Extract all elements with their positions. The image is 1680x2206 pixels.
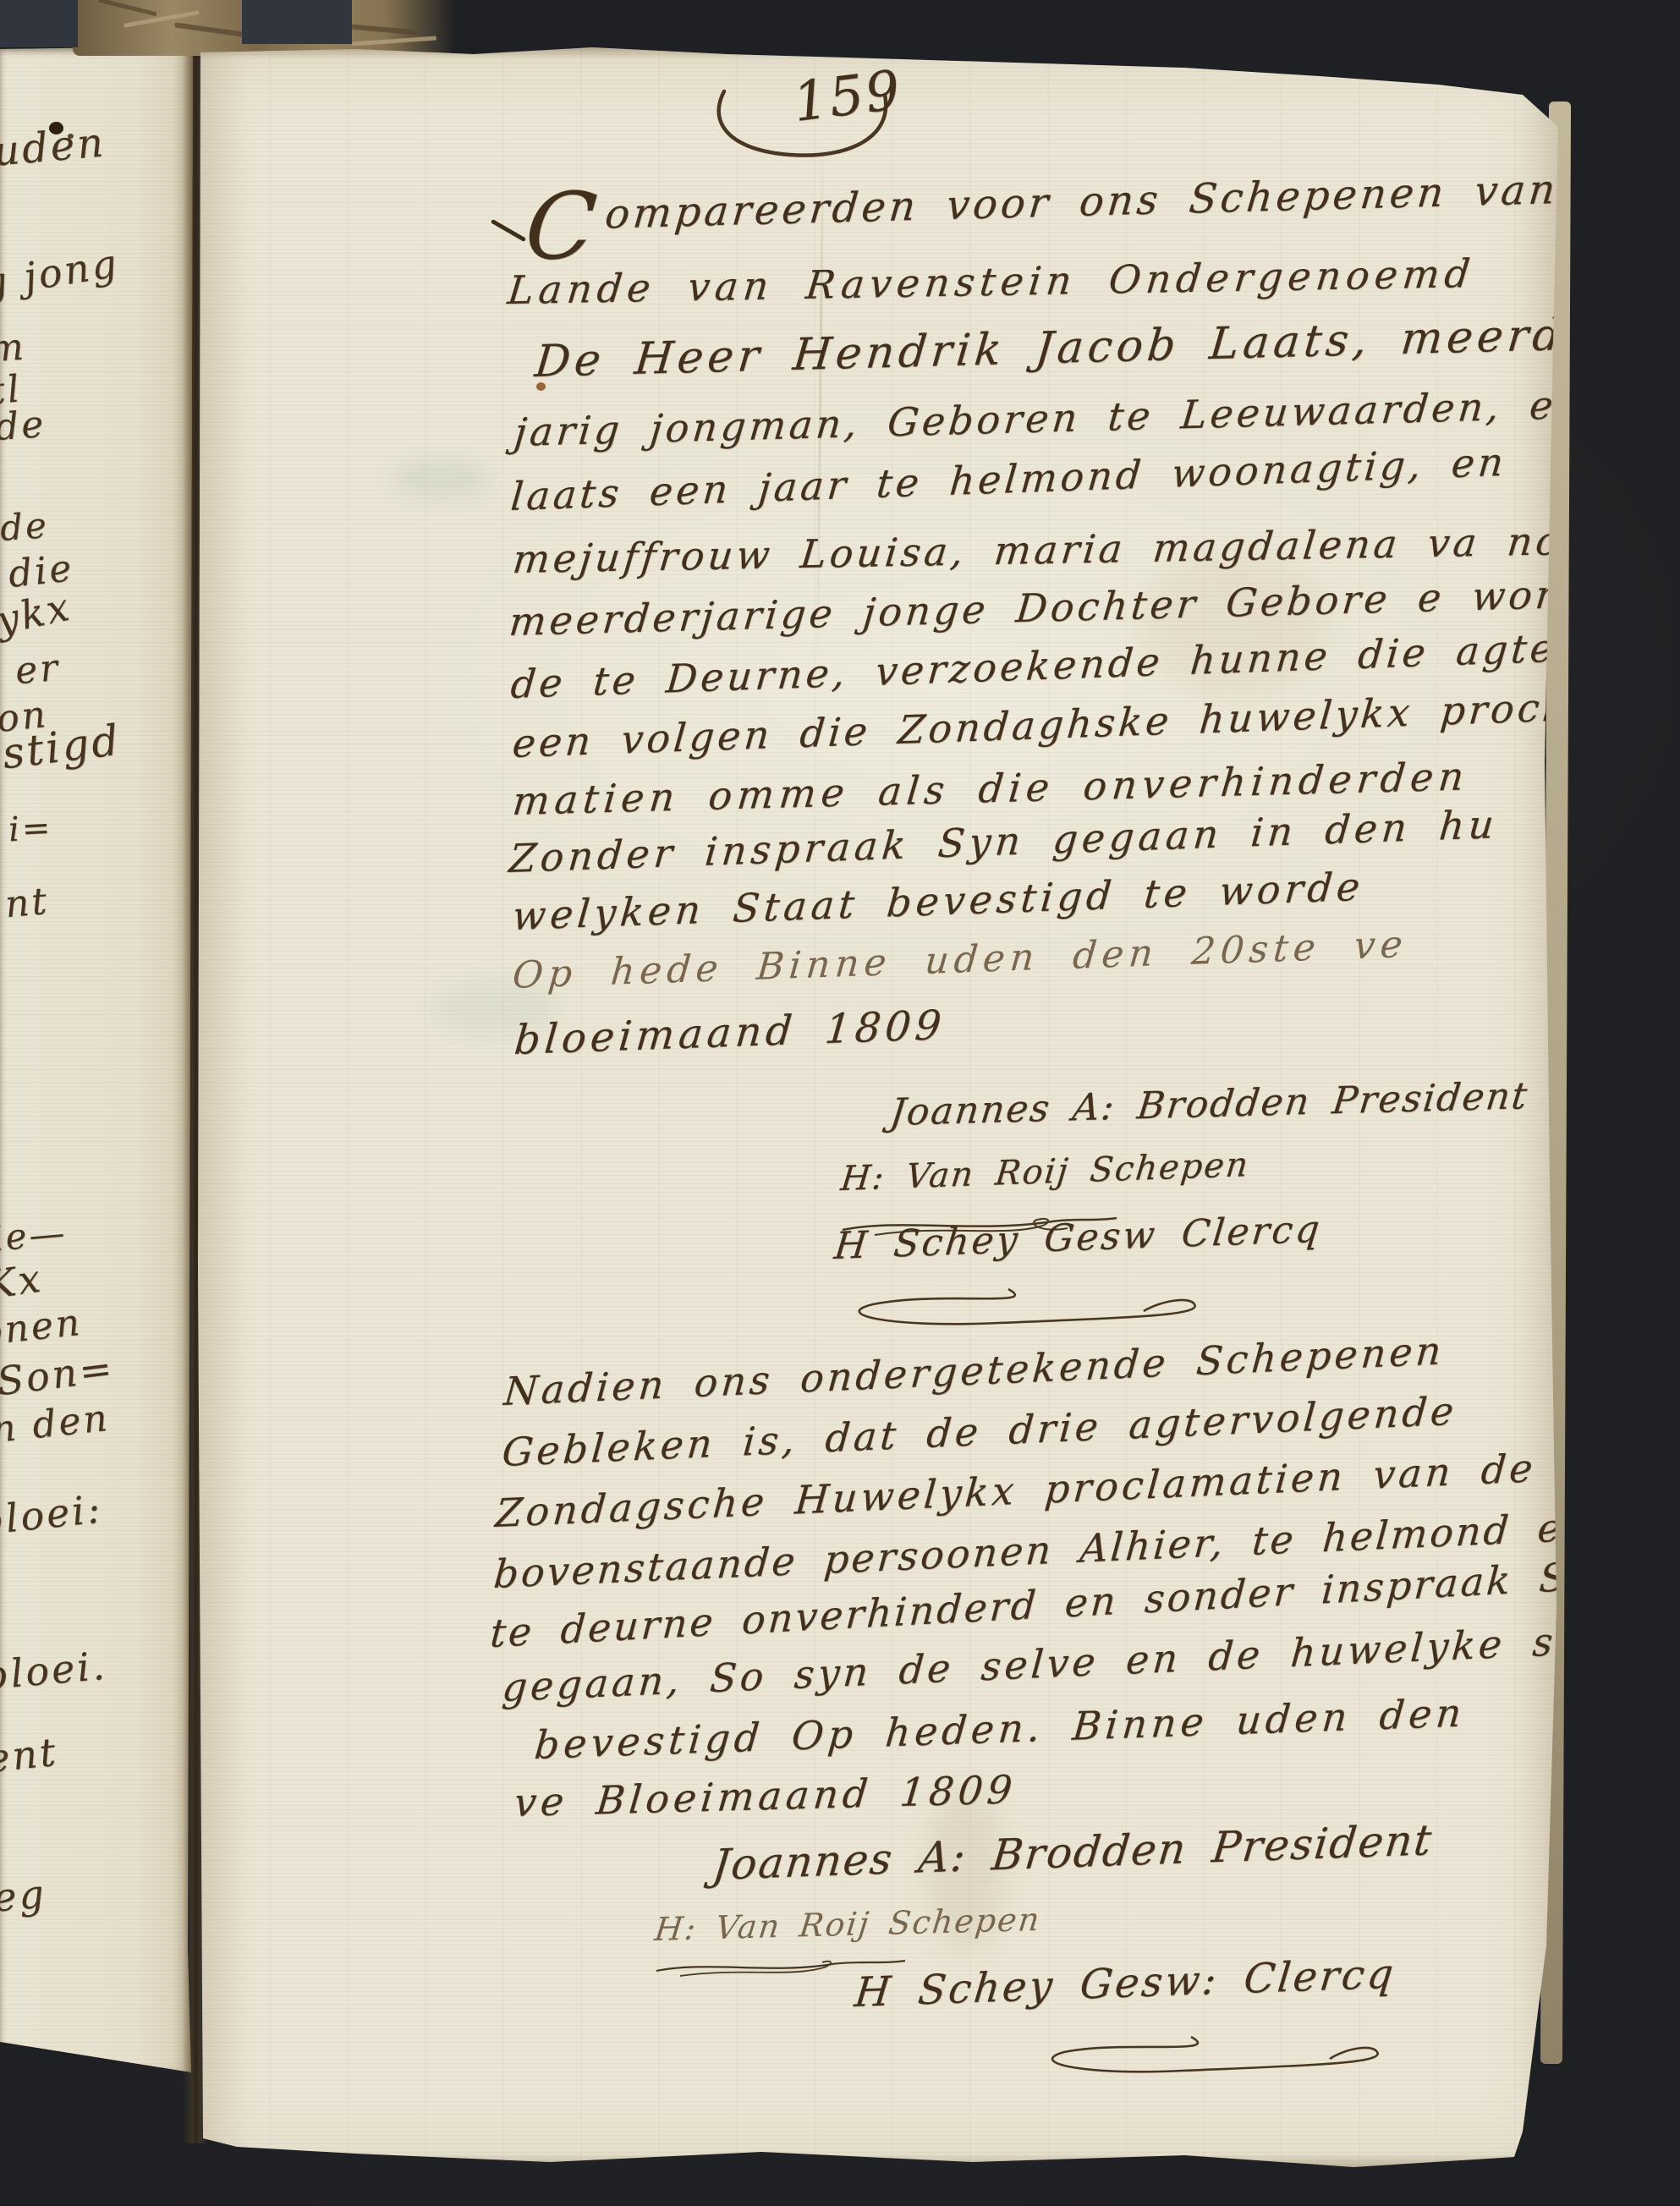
paragraph1-line: laats een jaar te helmond woonagtig, en [509,442,1508,516]
margin-fragment: nt [3,883,51,924]
binding-thread [98,0,156,16]
margin-fragment: estigd [0,719,124,779]
margin-fragment: g jong [0,244,122,304]
manuscript-scan: uden g jong m tl de de die lykx er on es… [0,0,1680,2206]
margin-fragment: i= [8,811,53,848]
margin-fragment: Kx [0,1259,45,1305]
margin-fragment: ie— [0,1215,69,1257]
margin-fragment: onen [0,1304,84,1352]
margin-fragment: er [14,650,62,690]
binding-thread [352,36,436,47]
signature-flourish [839,1282,1211,1333]
paragraph1-line: Op hede Binne uden den 20ste ve [511,926,1409,995]
paragraph1-line: welyken Staat bevestigd te worde [511,867,1365,936]
signature-clercq: H Schey Gesw: Clercq [853,1953,1397,2013]
margin-fragment: de [0,508,50,546]
signature-president: Joannes A: Brodden President [711,1819,1435,1886]
margin-fragment: Son= [0,1348,117,1402]
marginal-dash [491,219,526,242]
paragraph2-line: bevestigd Op heden. Binne uden den [533,1693,1467,1764]
signature-schepen: H: Van Roij Schepen [653,1903,1042,1945]
paragraph1-line: Lande van Ravenstein Ondergenoemd [506,254,1477,310]
signature-schepen: H: Van Roij Schepen [839,1148,1251,1196]
margin-fragment: bloei. [0,1646,108,1696]
paragraph1-line: mejuffrouw Louisa, maria magdalena va no… [511,520,1642,579]
paragraph1-line: bloeimaand 1809 [513,1005,947,1061]
paragraph1-line: De Heer Hendrik Jacob Laats, meerder [533,311,1622,384]
binding-clamp [0,0,78,47]
binding-clamp [242,0,352,44]
margin-fragment: uden [0,122,107,172]
margin-fragment: ent [0,1732,60,1779]
signature-flourish [1039,2032,1394,2084]
margin-fragment: bloei: [0,1489,104,1540]
paper-stain [394,460,487,497]
margin-fragment: eg [0,1874,48,1917]
paragraph1-line: Compareerden voor ons Schepenen van uden [526,167,1628,242]
signature-president: Joannes A: Brodden President [888,1078,1530,1132]
previous-page-edge: uden g jong m tl de de die lykx er on es… [0,46,193,2074]
margin-fragment: de [0,406,47,447]
manuscript-page: 159 Compareerden voor ons Schepenen van … [191,46,1558,2172]
margin-fragment: lykx [0,586,74,643]
margin-fragment: n den [0,1400,112,1449]
page-number: 159 [790,63,904,130]
margin-fragment: m [0,328,27,368]
paragraph2-line: ve Bloeimaand 1809 [513,1770,1018,1822]
